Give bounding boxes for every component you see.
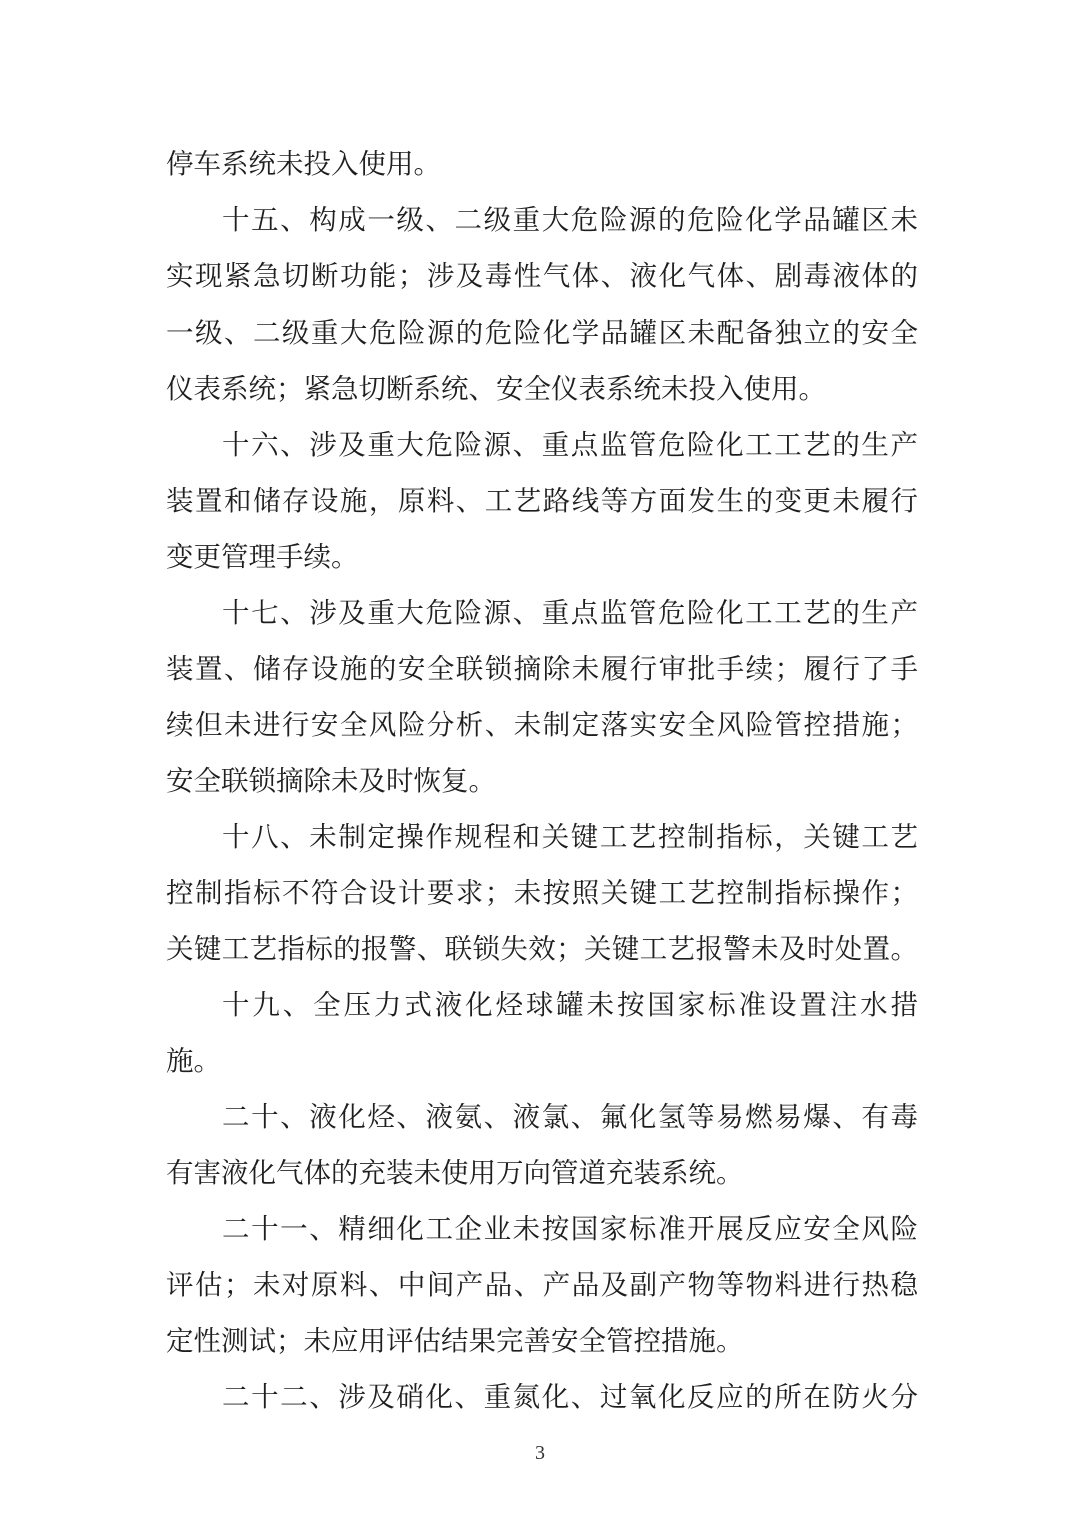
item-16-line-2: 装置和储存设施，原料、工艺路线等方面发生的变更未履行: [166, 484, 918, 518]
item-17-line-3: 续但未进行安全风险分析、未制定落实安全风险管控措施；: [166, 708, 918, 742]
item-20-line-2: 有害液化气体的充装未使用万向管道充装系统。: [166, 1156, 918, 1190]
document-page: 停车系统未投入使用。 十五、构成一级、二级重大危险源的危险化学品罐区未 实现紧急…: [0, 0, 1080, 1528]
item-15-line-3: 一级、二级重大危险源的危险化学品罐区未配备独立的安全: [166, 316, 918, 350]
item-22-line-1: 二十二、涉及硝化、重氮化、过氧化反应的所在防火分: [222, 1380, 918, 1414]
item-21-line-1: 二十一、精细化工企业未按国家标准开展反应安全风险: [222, 1212, 918, 1246]
item-19-line-2: 施。: [166, 1044, 918, 1078]
item-18-line-3: 关键工艺指标的报警、联锁失效；关键工艺报警未及时处置。: [166, 932, 918, 966]
page-number: 3: [0, 1442, 1080, 1465]
item-21-line-3: 定性测试；未应用评估结果完善安全管控措施。: [166, 1324, 918, 1358]
item-16-line-1: 十六、涉及重大危险源、重点监管危险化工工艺的生产: [222, 428, 918, 462]
paragraph-line: 停车系统未投入使用。: [166, 147, 918, 181]
item-20-line-1: 二十、液化烃、液氨、液氯、氟化氢等易燃易爆、有毒: [222, 1100, 918, 1134]
item-15-line-1: 十五、构成一级、二级重大危险源的危险化学品罐区未: [222, 203, 918, 237]
item-17-line-1: 十七、涉及重大危险源、重点监管危险化工工艺的生产: [222, 596, 918, 630]
item-18-line-2: 控制指标不符合设计要求；未按照关键工艺控制指标操作；: [166, 876, 918, 910]
item-17-line-2: 装置、储存设施的安全联锁摘除未履行审批手续；履行了手: [166, 652, 918, 686]
item-16-line-3: 变更管理手续。: [166, 540, 918, 574]
item-17-line-4: 安全联锁摘除未及时恢复。: [166, 764, 918, 798]
item-21-line-2: 评估；未对原料、中间产品、产品及副产物等物料进行热稳: [166, 1268, 918, 1302]
item-15-line-4: 仪表系统；紧急切断系统、安全仪表系统未投入使用。: [166, 372, 918, 406]
item-19-line-1: 十九、全压力式液化烃球罐未按国家标准设置注水措: [222, 988, 918, 1022]
item-15-line-2: 实现紧急切断功能；涉及毒性气体、液化气体、剧毒液体的: [166, 259, 918, 293]
item-18-line-1: 十八、未制定操作规程和关键工艺控制指标，关键工艺: [222, 820, 918, 854]
